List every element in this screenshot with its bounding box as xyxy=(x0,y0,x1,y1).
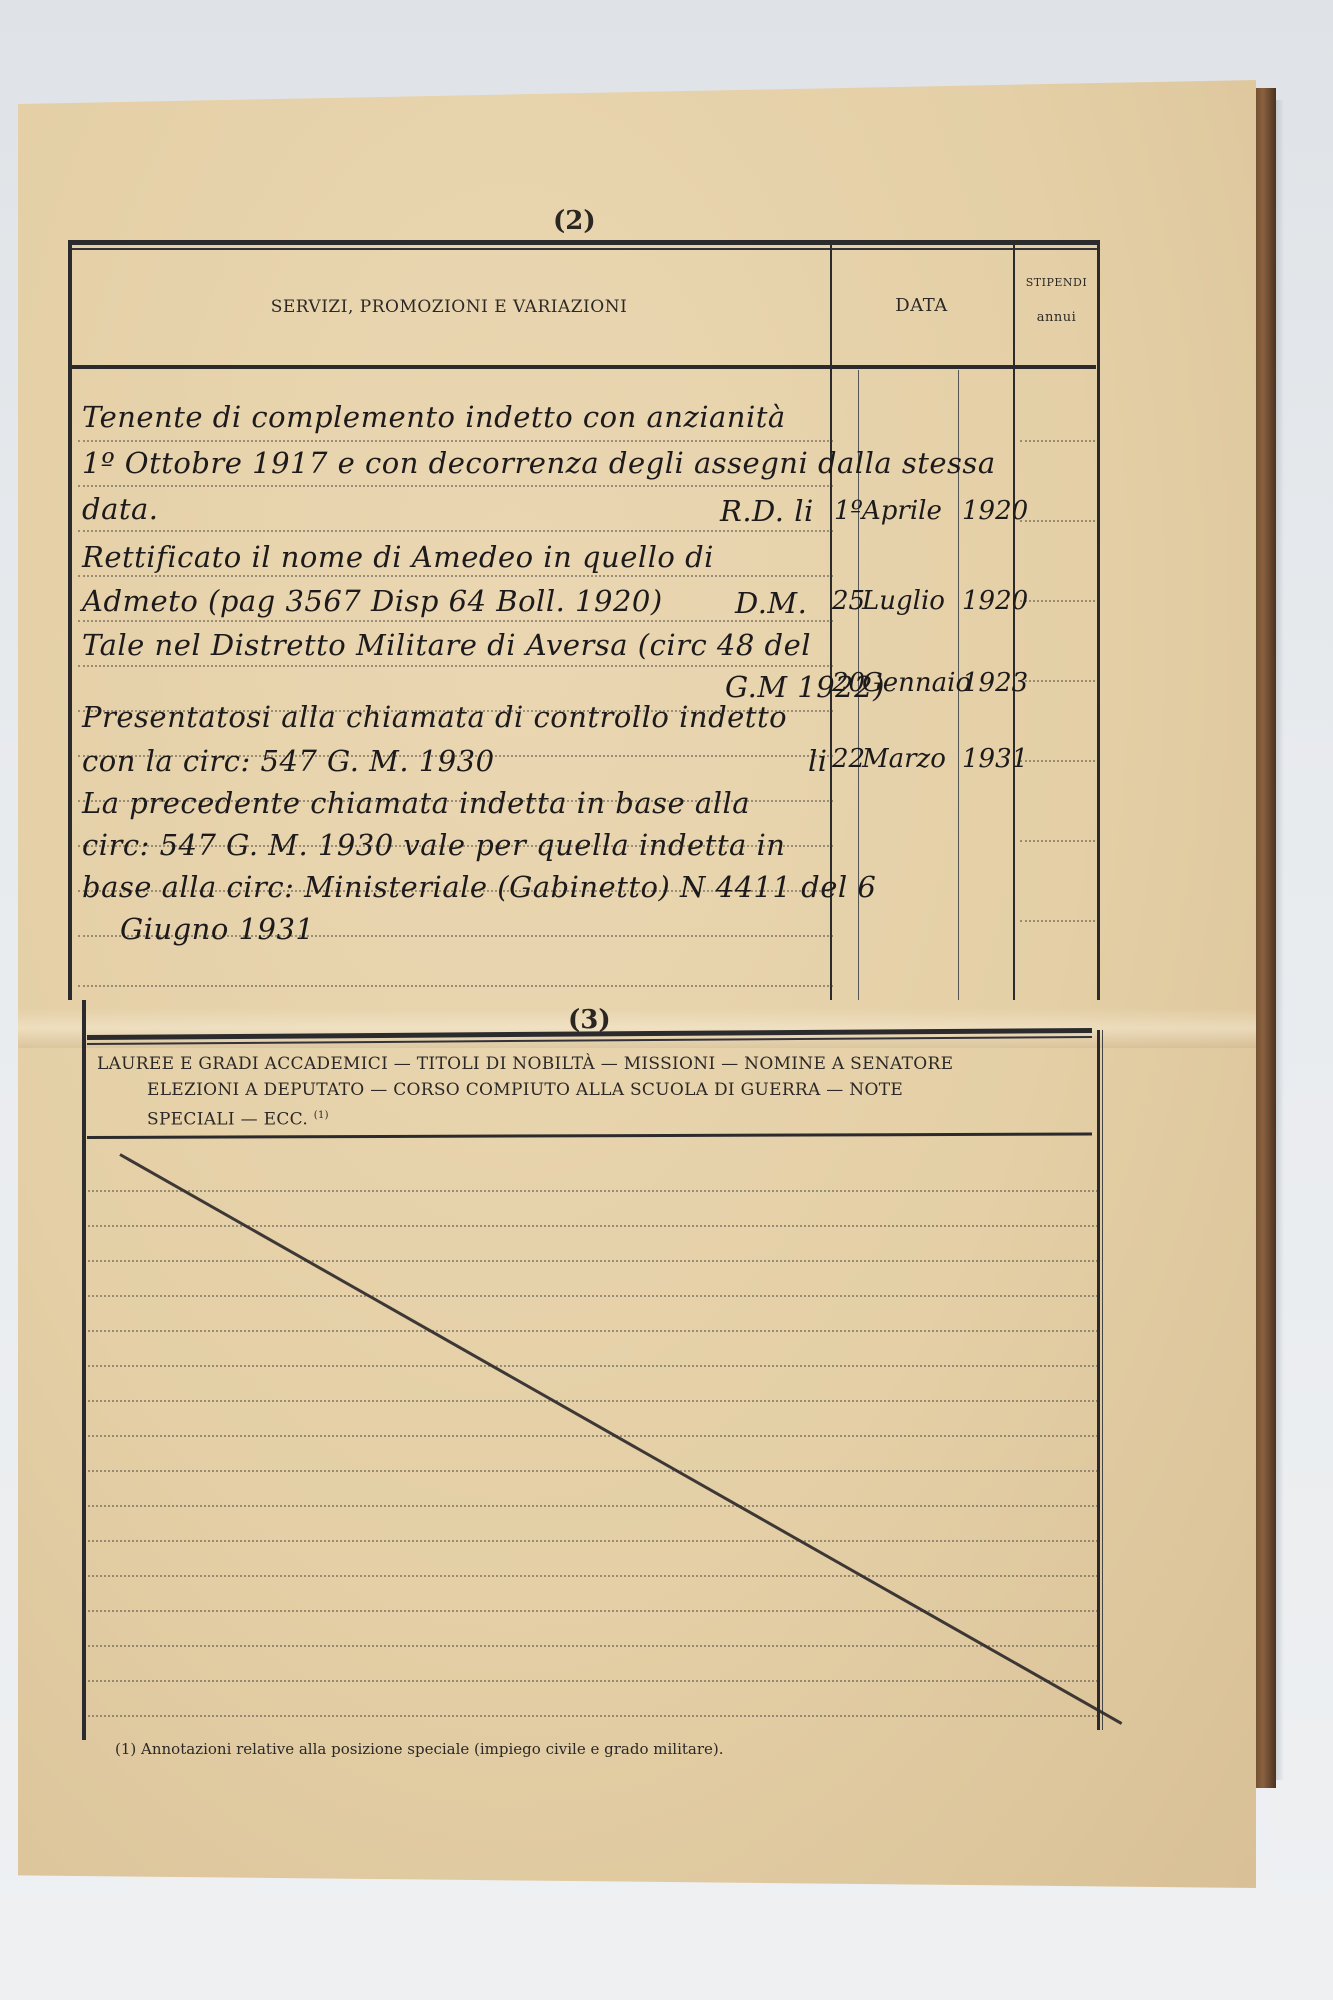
ruled-line xyxy=(88,1225,1098,1227)
entry-ref: D.M. xyxy=(735,586,807,620)
date-month: Aprile xyxy=(862,496,942,526)
ruled-line xyxy=(88,1435,1098,1437)
column-header-salary-annual: annui xyxy=(1013,310,1100,325)
ruled-line xyxy=(88,1330,1098,1332)
handwritten-line: data. xyxy=(82,492,159,526)
entry-ref: li xyxy=(808,744,828,778)
date-year: 1923 xyxy=(962,668,1028,698)
date-month: Luglio xyxy=(862,586,945,616)
date-year: 1920 xyxy=(962,586,1028,616)
section3-header-line1: LAUREE E GRADI ACCADEMICI — TITOLI DI NO… xyxy=(97,1051,1087,1077)
ruled-line-salary xyxy=(1020,920,1095,922)
entry-ref: R.D. li xyxy=(720,494,814,528)
table-top-rule xyxy=(68,240,1100,245)
ruled-line xyxy=(88,1540,1098,1542)
handwritten-line: Giugno 1931 xyxy=(120,912,314,946)
date-month: Marzo xyxy=(862,744,946,774)
handwritten-line: 1º Ottobre 1917 e con decorrenza degli a… xyxy=(82,446,996,480)
table-header-rule xyxy=(72,365,1096,369)
handwritten-line: Tale nel Distretto Militare di Aversa (c… xyxy=(82,628,811,662)
ruled-line xyxy=(88,1190,1098,1192)
date-month: Gennaio xyxy=(862,668,971,698)
handwritten-line: Admeto (pag 3567 Disp 64 Boll. 1920) xyxy=(82,584,663,618)
salary-column-divider xyxy=(1013,245,1015,1000)
date-year: 1920 xyxy=(962,496,1028,526)
date-day: 22 xyxy=(832,744,865,774)
table-right-border xyxy=(1097,240,1100,1000)
ruled-line xyxy=(88,1680,1098,1682)
column-header-services: SERVIZI, PROMOZIONI E VARIAZIONI xyxy=(68,297,830,317)
section3-header-line3-text: SPECIALI — ECC. xyxy=(147,1110,308,1130)
ruled-line xyxy=(88,1400,1098,1402)
ruled-line-salary xyxy=(1020,520,1095,522)
section3-header: LAUREE E GRADI ACCADEMICI — TITOLI DI NO… xyxy=(97,1051,1087,1133)
ruled-line xyxy=(78,485,833,487)
ruled-line-salary xyxy=(1020,600,1095,602)
table-top-rule-thin xyxy=(68,248,1100,250)
date-year: 1931 xyxy=(962,744,1028,774)
ruled-line xyxy=(88,1645,1098,1647)
footnote: (1) Annotazioni relative alla posizione … xyxy=(115,1740,724,1758)
ruled-line-salary xyxy=(1020,440,1095,442)
handwritten-line: circ: 547 G. M. 1930 vale per quella ind… xyxy=(82,828,785,862)
ruled-line xyxy=(88,1260,1098,1262)
section3-header-rule xyxy=(87,1132,1092,1139)
handwritten-line: con la circ: 547 G. M. 1930 xyxy=(82,744,495,778)
ruled-line-salary xyxy=(1020,760,1095,762)
ruled-line xyxy=(78,530,833,532)
ruled-line-salary xyxy=(1020,680,1095,682)
handwritten-line: base alla circ: Ministeriale (Gabinetto)… xyxy=(82,870,876,904)
ruled-line xyxy=(88,1470,1098,1472)
ruled-line xyxy=(78,620,833,622)
ruled-line xyxy=(88,1505,1098,1507)
section-number-2: (2) xyxy=(553,206,596,236)
date-day: 25 xyxy=(832,586,865,616)
date-day: 20 xyxy=(832,668,865,698)
ruled-line xyxy=(78,665,833,667)
ruled-line xyxy=(88,1365,1098,1367)
ruled-line xyxy=(88,1575,1098,1577)
date-day: 1º xyxy=(834,496,863,526)
ruled-line xyxy=(88,1295,1098,1297)
footnote-ref: (1) xyxy=(314,1110,329,1121)
section3-left-border xyxy=(82,1000,86,1740)
ruled-line xyxy=(88,1610,1098,1612)
book-spine-edge xyxy=(1254,88,1276,1788)
section3-right-border xyxy=(1097,1030,1100,1730)
ruled-line-salary xyxy=(1020,840,1095,842)
section3-right-border-thin xyxy=(1102,1030,1103,1730)
section3-header-line2: ELEZIONI A DEPUTATO — CORSO COMPIUTO ALL… xyxy=(97,1077,1087,1103)
handwritten-line: Rettificato il nome di Amedeo in quello … xyxy=(82,540,714,574)
handwritten-line: Presentatosi alla chiamata di controllo … xyxy=(82,700,787,734)
section3-header-line3: SPECIALI — ECC. (1) xyxy=(97,1103,1087,1133)
column-header-date: DATA xyxy=(830,295,1013,316)
ruled-line xyxy=(78,575,833,577)
handwritten-line: La precedente chiamata indetta in base a… xyxy=(82,786,750,820)
ruled-line xyxy=(88,1715,1098,1717)
table-left-border xyxy=(68,240,72,1000)
handwritten-line: Tenente di complemento indetto con anzia… xyxy=(82,400,786,434)
ruled-line xyxy=(78,985,833,987)
ruled-line xyxy=(78,440,833,442)
column-header-salary: STIPENDI xyxy=(1013,276,1100,289)
